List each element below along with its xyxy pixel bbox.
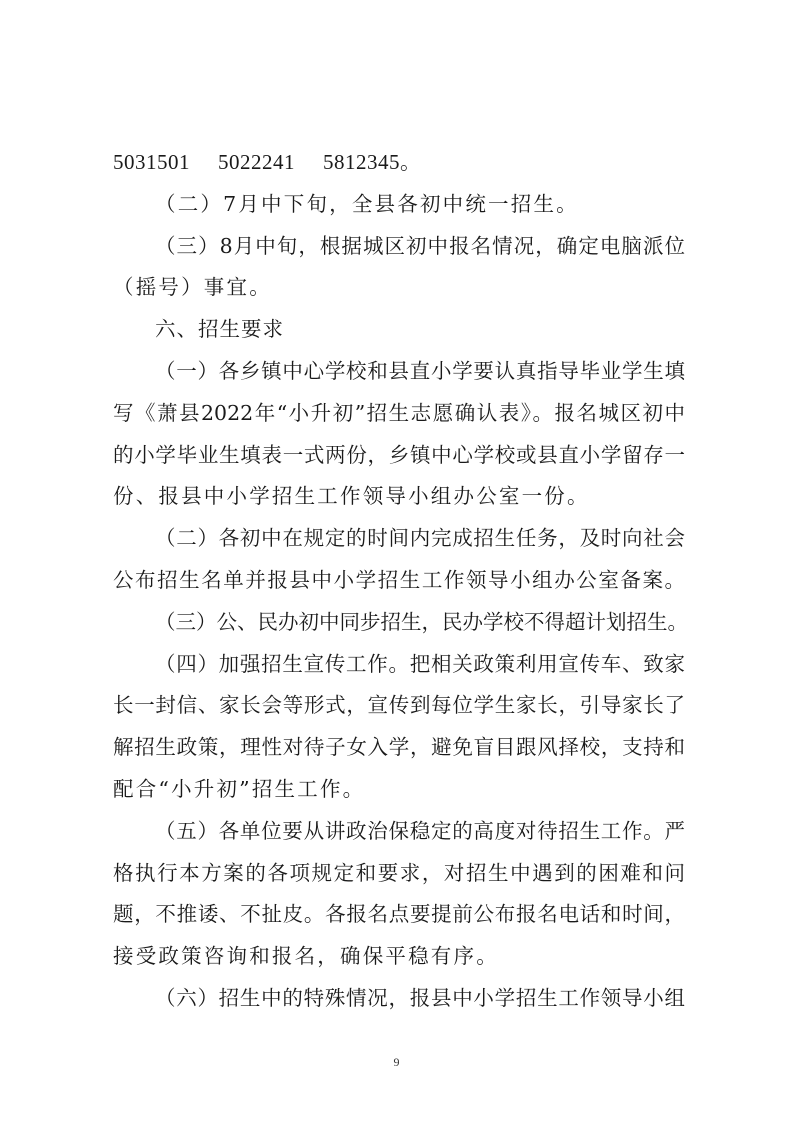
phone-number: 5031501	[113, 150, 190, 174]
paragraph-line: 份、报县中小学招生工作领导小组办公室一份。	[113, 476, 685, 518]
document-page: 503150150222415812345。 （二）7月中下旬，全县各初中统一招…	[0, 0, 793, 1122]
paragraph-line: （二）7月中下旬，全县各初中统一招生。	[113, 184, 685, 226]
paragraph-line: 的小学毕业生填表一式两份，乡镇中心学校或县直小学留存一	[113, 435, 685, 477]
paragraph-line: 公布招生名单并报县中小学招生工作领导小组办公室备案。	[113, 560, 685, 602]
document-body: 503150150222415812345。 （二）7月中下旬，全县各初中统一招…	[113, 142, 685, 1020]
paragraph-line: 接受政策咨询和报名，确保平稳有序。	[113, 936, 685, 978]
paragraph-line: （五）各单位要从讲政治保稳定的高度对待招生工作。严	[113, 811, 685, 853]
paragraph-line: 写《萧县2022年“小升初”招生志愿确认表》。报名城区初中	[113, 393, 685, 435]
phone-numbers-line: 503150150222415812345。	[113, 142, 685, 184]
paragraph-line: 解招生政策，理性对待子女入学，避免盲目跟风择校，支持和	[113, 727, 685, 769]
paragraph-line: （三）公、民办初中同步招生，民办学校不得超计划招生。	[113, 602, 685, 644]
page-number: 9	[0, 1055, 793, 1070]
paragraph-line: 题，不推诿、不扯皮。各报名点要提前公布报名电话和时间，	[113, 894, 685, 936]
section-heading: 六、招生要求	[113, 309, 685, 351]
paragraph-line: 格执行本方案的各项规定和要求，对招生中遇到的困难和问	[113, 853, 685, 895]
phone-number: 5022241	[218, 150, 295, 174]
paragraph-line: （一）各乡镇中心学校和县直小学要认真指导毕业学生填	[113, 351, 685, 393]
paragraph-line: （三）8月中旬，根据城区初中报名情况，确定电脑派位	[113, 226, 685, 268]
paragraph-line: （摇号）事宜。	[113, 267, 685, 309]
paragraph-line: （二）各初中在规定的时间内完成招生任务，及时向社会	[113, 518, 685, 560]
paragraph-line: （四）加强招生宣传工作。把相关政策利用宣传车、致家	[113, 644, 685, 686]
phone-number: 5812345。	[323, 150, 422, 174]
paragraph-line: 长一封信、家长会等形式，宣传到每位学生家长，引导家长了	[113, 685, 685, 727]
paragraph-line: （六）招生中的特殊情况，报县中小学招生工作领导小组	[113, 978, 685, 1020]
paragraph-line: 配合“小升初”招生工作。	[113, 769, 685, 811]
